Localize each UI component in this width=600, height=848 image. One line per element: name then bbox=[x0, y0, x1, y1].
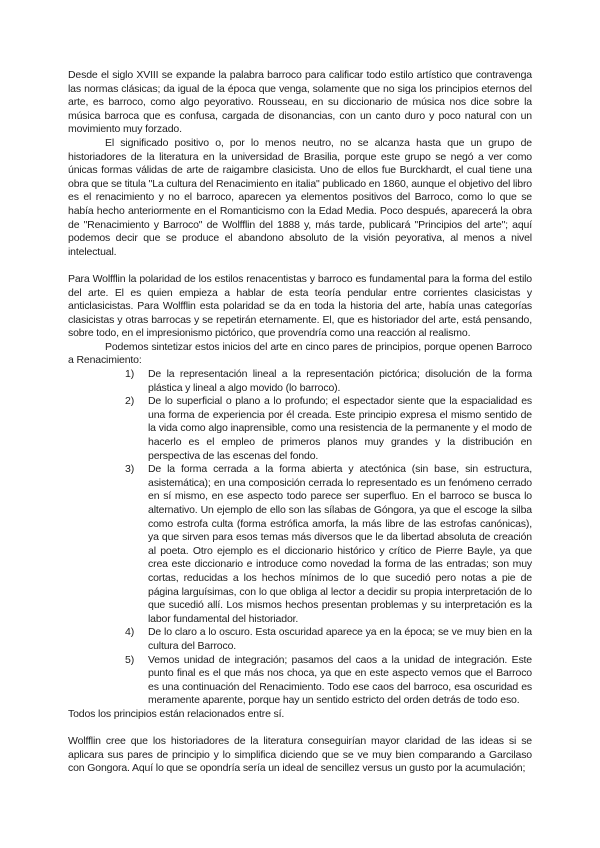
list-marker: 1) bbox=[125, 368, 134, 382]
list-item-principle-4: 4) De lo claro a lo oscuro. Esta oscurid… bbox=[68, 626, 532, 653]
paragraph-positive-meaning: El significado positivo o, por lo menos … bbox=[68, 137, 532, 259]
list-item-text: De lo superficial o plano a lo profundo;… bbox=[148, 395, 532, 461]
list-item-text: De la representación lineal a la represe… bbox=[148, 368, 532, 394]
list-item-principle-3: 3) De la forma cerrada a la forma abiert… bbox=[68, 463, 532, 626]
list-item-text: Vemos unidad de integración; pasamos del… bbox=[148, 654, 532, 707]
list-item-text: De lo claro a lo oscuro. Esta oscuridad … bbox=[148, 626, 532, 652]
list-item-principle-2: 2) De lo superficial o plano a lo profun… bbox=[68, 395, 532, 463]
list-item-text: De la forma cerrada a la forma abierta y… bbox=[148, 463, 532, 625]
list-item-principle-5: 5) Vemos unidad de integración; pasamos … bbox=[68, 654, 532, 708]
list-marker: 5) bbox=[125, 654, 134, 668]
paragraph-baroque-origin: Desde el siglo XVIII se expande la palab… bbox=[68, 69, 532, 137]
paragraph-wolfflin-polarity: Para Wolfflin la polaridad de los estilo… bbox=[68, 273, 532, 341]
paragraph-five-pairs-intro: Podemos sintetizar estos inicios del art… bbox=[68, 341, 532, 368]
paragraph-principles-related: Todos los principios están relacionados … bbox=[68, 708, 532, 722]
list-marker: 3) bbox=[125, 463, 134, 477]
document-page: Desde el siglo XVIII se expande la palab… bbox=[0, 0, 600, 848]
paragraph-garcilaso-gongora: Wolfflin cree que los historiadores de l… bbox=[68, 735, 532, 776]
list-marker: 2) bbox=[125, 395, 134, 409]
list-item-principle-1: 1) De la representación lineal a la repr… bbox=[68, 368, 532, 395]
list-marker: 4) bbox=[125, 626, 134, 640]
principles-list: 1) De la representación lineal a la repr… bbox=[68, 368, 532, 708]
